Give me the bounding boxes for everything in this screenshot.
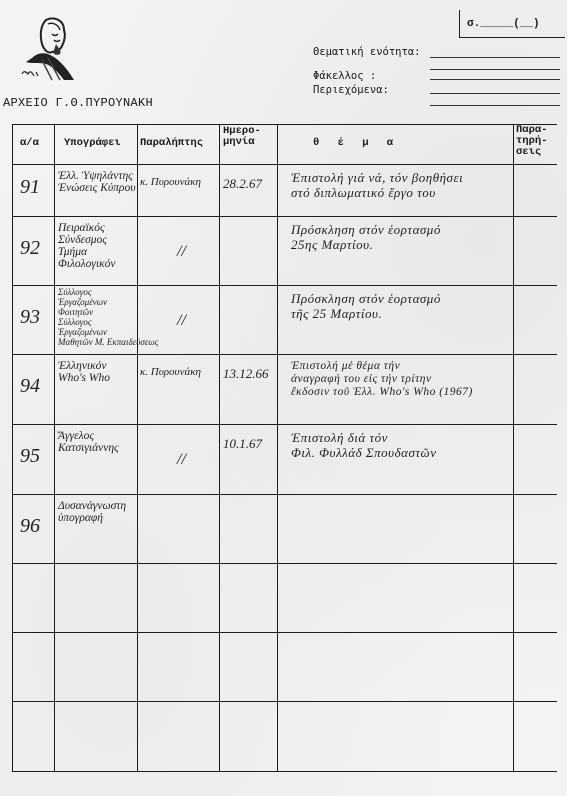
signatory-cell: Ἑλληνικόν Who's Who: [58, 360, 110, 384]
contents-field[interactable]: [430, 93, 560, 94]
signatory-cell: Πειραϊκός Σύνδεσμος Τμήμα Φιλολογικόν: [58, 222, 116, 270]
header-notes: Παρα- τηρή- σεις: [516, 125, 548, 158]
correspondence-table: α/αΥπογράφειΠαραλήπτηςΗμερο- μηνίαθ έ μ …: [12, 124, 557, 772]
portrait-sketch-icon: [18, 14, 86, 84]
recipient-ditto: //: [177, 243, 186, 261]
row-number: 93: [20, 306, 40, 329]
row-number: 95: [20, 445, 40, 468]
signatory-cell: Σύλλογος Ἐργαζομένων Φοιτητῶν Σύλλογος Ἐ…: [58, 287, 158, 347]
date-cell: 10.1.67: [223, 436, 262, 452]
table-row[interactable]: 92Πειραϊκός Σύνδεσμος Τμήμα Φιλολογικόν/…: [12, 216, 557, 285]
header-signatory: Υπογράφει: [64, 138, 121, 149]
table-row[interactable]: [12, 563, 557, 632]
signatory-cell: Ἑλλ. Ὑψηλάντης Ἑνώσεις Κύπρου: [58, 170, 135, 194]
row-number: 96: [20, 515, 40, 538]
table-row[interactable]: [12, 632, 557, 701]
row-number: 92: [20, 237, 40, 260]
contents-field-line2[interactable]: [430, 105, 560, 106]
thematic-unit-field[interactable]: [430, 57, 560, 58]
header-serial: α/α: [20, 138, 39, 149]
row-number: 91: [20, 176, 40, 199]
table-rule: [12, 771, 557, 772]
folder-label: Φάκελλος :: [313, 70, 376, 82]
row-number: 94: [20, 375, 40, 398]
page-reference: σ._____(__): [467, 18, 540, 30]
signatory-cell: Δυσανάγνωστη ὑπογραφή: [58, 500, 126, 524]
recipient-cell: κ. Πυρουνάκη: [140, 366, 201, 378]
table-row[interactable]: [12, 701, 557, 771]
subject-cell: Ἐπιστολή γιά νά, τόν βοηθήσει στό διπλωμ…: [291, 170, 463, 200]
date-cell: 28.2.67: [223, 176, 262, 192]
table-row[interactable]: 96Δυσανάγνωστη ὑπογραφή: [12, 494, 557, 563]
subject-cell: Ἐπιστολή διά τόν Φιλ. Φυλλάδ Σπουδαστῶν: [291, 430, 436, 460]
subject-cell: Ἐπιστολή μέ θέμα τήν ἀναγραφή του εἰς τή…: [291, 360, 473, 399]
table-row[interactable]: 93Σύλλογος Ἐργαζομένων Φοιτητῶν Σύλλογος…: [12, 285, 557, 354]
recipient-ditto: //: [177, 312, 186, 330]
folder-field[interactable]: [430, 79, 560, 80]
date-cell: 13.12.66: [223, 366, 269, 382]
recipient-cell: κ. Πυρουνάκη: [140, 176, 201, 188]
thematic-unit-label: Θεματική ενότητα:: [313, 46, 420, 58]
recipient-ditto: //: [177, 451, 186, 469]
subject-cell: Πρόσκληση στόν ἑορτασμό τῆς 25 Μαρτίου.: [291, 291, 441, 321]
header-date: Ημερο- μηνία: [223, 126, 261, 148]
table-row[interactable]: 94Ἑλληνικόν Who's Whoκ. Πυρουνάκη13.12.6…: [12, 354, 557, 424]
table-rule: [12, 124, 557, 125]
table-row[interactable]: 95Ἄγγελος Κατσιγιάννης//10.1.67Ἐπιστολή …: [12, 424, 557, 494]
subject-cell: Πρόσκληση στόν ἑορτασμό 25ης Μαρτίου.: [291, 222, 441, 252]
thematic-unit-field-line2[interactable]: [430, 69, 560, 70]
archive-title: ΑΡΧΕΙΟ Γ.Θ.ΠΥΡΟΥΝΑΚΗ: [3, 96, 153, 110]
table-row[interactable]: 91Ἑλλ. Ὑψηλάντης Ἑνώσεις Κύπρουκ. Πυρουν…: [12, 164, 557, 216]
header-recipient: Παραλήπτης: [140, 138, 203, 149]
contents-label: Περιεχόμενα:: [313, 84, 389, 96]
signatory-cell: Ἄγγελος Κατσιγιάννης: [58, 430, 119, 454]
header-subject: θ έ μ α: [313, 138, 399, 149]
